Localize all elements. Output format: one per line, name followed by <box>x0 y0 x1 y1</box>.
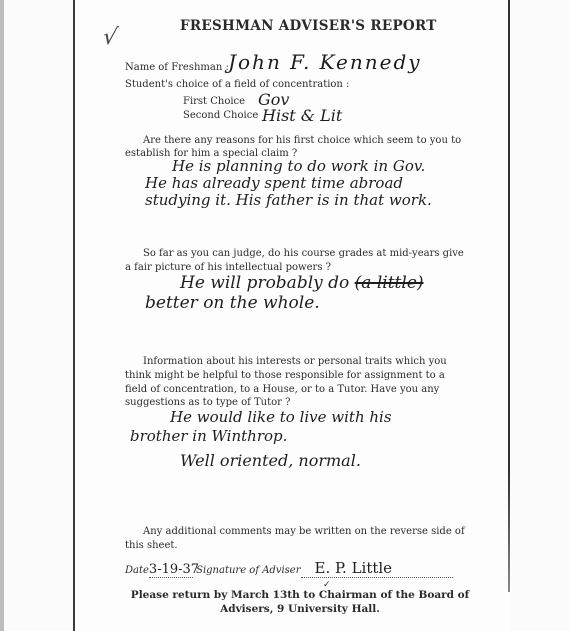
name-value: John F. Kennedy <box>228 50 422 74</box>
scan-edge-strip <box>0 0 4 631</box>
second-choice-label: Second Choice <box>183 110 258 121</box>
name-label: Name of Freshman : <box>125 62 229 73</box>
page-right-border <box>508 0 510 592</box>
question-1-line-1: Are there any reasons for his first choi… <box>143 134 461 148</box>
answer-3-line-1: He would like to live with his <box>170 408 392 426</box>
date-value: 3-19-37 <box>149 562 193 578</box>
signature-value: E. P. Little <box>301 559 453 578</box>
return-instructions: Please return by March 13th to Chairman … <box>120 588 480 616</box>
answer-1-line-3: studying it. His father is in that work. <box>145 191 432 209</box>
return-line-2: Advisers, 9 University Hall. <box>120 602 480 616</box>
signature-label: Signature of Adviser <box>196 565 300 576</box>
return-line-1: Please return by March 13th to Chairman … <box>120 588 480 602</box>
question-2-line-1: So far as you can judge, do his course g… <box>143 247 464 261</box>
answer-2-line-2: better on the whole. <box>145 293 320 313</box>
concentration-label: Student's choice of a field of concentra… <box>125 79 349 90</box>
date-label: Date <box>125 565 149 576</box>
question-3-line-2: think might be helpful to those responsi… <box>125 369 445 383</box>
comments-line-1: Any additional comments may be written o… <box>143 525 465 539</box>
date-signature-row: Date3-19-37 Signature of AdviserE. P. Li… <box>125 559 453 578</box>
first-choice-label: First Choice <box>183 96 245 107</box>
question-3-line-1: Information about his interests or perso… <box>143 355 447 369</box>
form-title: FRESHMAN ADVISER'S REPORT <box>180 18 437 34</box>
answer-3-line-2: brother in Winthrop. <box>130 427 287 445</box>
answer-2-struck-text: (a little) <box>355 273 424 293</box>
comments-line-2: this sheet. <box>125 539 178 553</box>
answer-2-text: He will probably do <box>180 273 349 293</box>
question-3-line-3: field of concentration, to a House, or t… <box>125 383 439 397</box>
answer-1-line-2: He has already spent time abroad <box>145 174 403 192</box>
answer-1-line-1: He is planning to do work in Gov. <box>172 157 425 175</box>
answer-3-line-3: Well oriented, normal. <box>180 451 361 470</box>
second-choice-value: Hist & Lit <box>262 106 342 125</box>
answer-2-line-1: He will probably do (a little) <box>180 273 424 293</box>
